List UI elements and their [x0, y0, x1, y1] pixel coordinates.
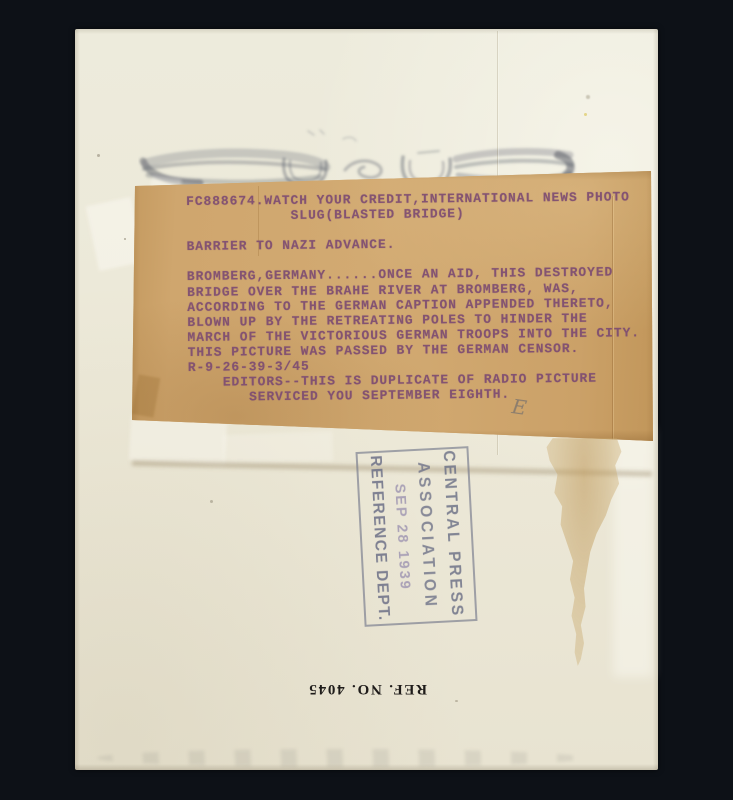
- reference-stamp: CENTRAL PRESS ASSOCIATION SEP 28 1939 RE…: [355, 446, 477, 627]
- paper-speck: [584, 113, 587, 116]
- stamp-dept-line: REFERENCE DEPT.: [366, 455, 393, 622]
- ref-number: REF. NO. 4045: [287, 671, 427, 697]
- paper-highlight: [613, 427, 653, 677]
- stamp-date: SEP 28 1939: [392, 483, 414, 591]
- paper-speck: [124, 238, 126, 240]
- scanner-background: FC888674.WATCH YOUR CREDIT,INTERNATIONAL…: [0, 0, 733, 800]
- paper-speck: [455, 700, 458, 702]
- caption-slip: FC888674.WATCH YOUR CREDIT,INTERNATIONAL…: [130, 168, 656, 444]
- glue-stain: [132, 374, 161, 417]
- pencil-editor-mark: E: [510, 394, 528, 420]
- stamp-org-line1: CENTRAL PRESS: [438, 450, 467, 619]
- paper-speck: [210, 500, 213, 503]
- stamp-org-line2: ASSOCIATION: [413, 462, 441, 611]
- typed-caption: FC888674.WATCH YOUR CREDIT,INTERNATIONAL…: [186, 189, 641, 405]
- tape-remnant: [223, 431, 334, 465]
- photo-verso-paper: FC888674.WATCH YOUR CREDIT,INTERNATIONAL…: [75, 29, 658, 770]
- paper-smudge: [97, 749, 583, 767]
- paper-speck: [586, 95, 590, 99]
- stain-mark: [545, 438, 623, 666]
- paper-speck: [97, 154, 100, 157]
